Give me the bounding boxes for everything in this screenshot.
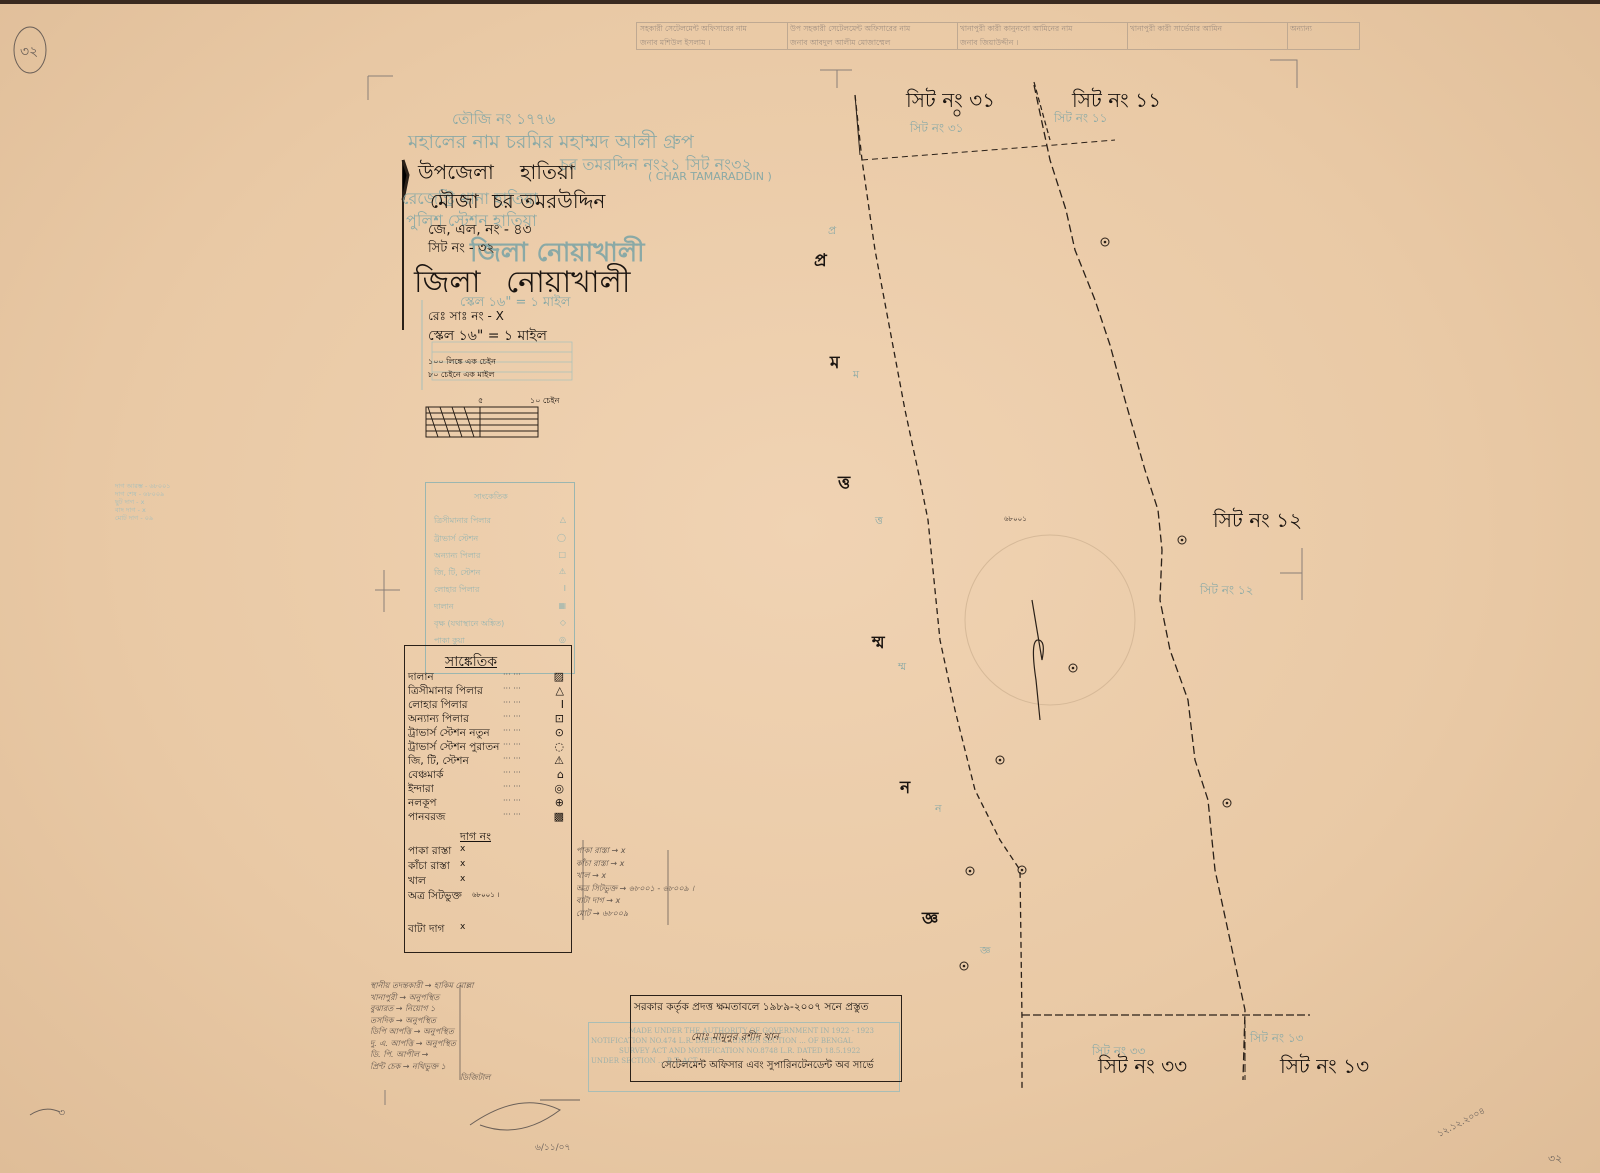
- traverse-station-old-icon: ◌: [554, 740, 564, 753]
- legend-row: ইন্দারা··· ···◎: [408, 782, 568, 796]
- building-icon: ▨: [554, 670, 564, 683]
- district-value: নোয়াখালী: [506, 258, 631, 309]
- header-col-2: উপ সহকারী সেটেলমেন্ট অফিসারের নামজনাব আব…: [787, 23, 958, 49]
- old-legend-row: জি, টি, স্টেশন⚠: [434, 567, 566, 580]
- legend-row: ট্রাভার্স স্টেশন নতুন··· ···⊙: [408, 726, 568, 740]
- scale-bar-end: ১০ চেইন: [530, 395, 559, 408]
- adjacent-sheet-12: সিট নং ১২: [1213, 506, 1302, 539]
- river-label-char: ম: [830, 350, 839, 378]
- dag-row: পাকা রাস্তাx: [408, 844, 568, 858]
- legend-row: দালান··· ···▨: [408, 670, 568, 684]
- legend-row: ত্রিসীমানার পিলার··· ···△: [408, 684, 568, 698]
- adjacent-sheet-11-old: সিট নং ১১: [1054, 110, 1107, 130]
- authority-signature-box: সরকার কর্তৃক প্রদত্ত ক্ষমতাবলে ১৯৮৯-২০০৭…: [630, 995, 902, 1082]
- scale-note-2: ৮০ চেইনে এক মাইল: [428, 369, 494, 382]
- river-label-char: ম্ম: [872, 630, 885, 658]
- dag-row: কাঁচা রাস্তাx: [408, 859, 568, 873]
- dag-row: বাটা দাগx: [408, 922, 568, 936]
- adjacent-sheet-31-old: সিট নং ৩১: [910, 120, 963, 140]
- corner-sheet-mark: ৩২: [20, 40, 38, 64]
- legend-row: অন্যান্য পিলার··· ···⊡: [408, 712, 568, 726]
- legend-row: ট্রাভার্স স্টেশন পুরাতন··· ···◌: [408, 740, 568, 754]
- gt-station-icon: ⚠: [554, 754, 564, 767]
- header-table: সহকারী সেটেলমেন্ট অফিসারের নামজনাব মশিউল…: [636, 22, 1360, 50]
- adjacent-sheet-33: সিট নং ৩৩: [1098, 1052, 1187, 1085]
- officer-signature: মোঃ মামুনুর রশীদ খান: [691, 1030, 779, 1047]
- handwritten-notes-left: স্থানীয় তদন্তকারী → হাকিম মোল্লা খানাপু…: [370, 980, 490, 1084]
- scale-note-1: ১০০ লিঙ্কে এক চেইন: [428, 356, 496, 369]
- legend-row: বেঞ্চমার্ক··· ···⌂: [408, 768, 568, 782]
- old-legend-row: লোহার পিলারI: [434, 584, 566, 597]
- old-legend-row: বৃক্ষ (যথাস্থানে অঙ্কিত)◇: [434, 618, 566, 631]
- betel-garden-icon: ▩: [554, 810, 564, 823]
- adjacent-sheet-12-old: সিট নং ১২: [1200, 582, 1253, 602]
- legend-row: জি, টি, স্টেশন··· ···⚠: [408, 754, 568, 768]
- old-legend-row: ত্রিসীমানার পিলার△: [434, 515, 566, 528]
- river-label-char-old: ন: [935, 800, 942, 819]
- river-label-char: জ্ঞ: [922, 906, 938, 934]
- old-english-name: ( CHAR TAMARADDIN ): [648, 170, 772, 183]
- header-col-1: সহকারী সেটেলমেন্ট অফিসারের নামজনাব মশিউল…: [637, 23, 788, 49]
- river-label-char: প্র: [814, 248, 827, 276]
- left-bottom-mark: ৩: [58, 1104, 65, 1123]
- traverse-station-new-icon: ⊙: [555, 726, 564, 739]
- trijunction-pillar-icon: △: [556, 684, 564, 697]
- adjacent-sheet-31: সিট নং ৩১: [906, 86, 995, 119]
- river-label-char-old: ম: [853, 366, 859, 385]
- handwritten-notes-right: পাকা রাস্তা → x কাঁচা রাস্তা → x খাল → x…: [576, 845, 694, 920]
- river-label-char-old: প্র: [828, 222, 836, 241]
- river-label-char-old: ত্ত: [875, 512, 883, 531]
- old-side-note: দাগ আরম্ভ - ৬৮০০১ দাগ শেষ - ৬৮০০৯ ছুট দা…: [115, 482, 171, 522]
- iron-pillar-icon: I: [561, 698, 564, 711]
- authority-text: সরকার কর্তৃক প্রদত্ত ক্ষমতাবলে ১৯৮৯-২০০৭…: [634, 1000, 869, 1017]
- dag-row: খালx: [408, 874, 568, 888]
- left-sign-date: ৬/১১/০৭: [535, 1140, 570, 1155]
- plot-number: ৬৮০০১: [1004, 513, 1027, 525]
- other-pillar-icon: ⊡: [555, 712, 564, 725]
- header-col-5: অন্যান্য: [1287, 23, 1358, 49]
- old-legend-row: অন্যান্য পিলার□: [434, 550, 566, 563]
- adjacent-sheet-13: সিট নং ১৩: [1280, 1052, 1369, 1085]
- header-col-3: খানাপুরী কারী কানুনগো আমিনের নামজনাব জিয…: [957, 23, 1128, 49]
- legend-row: লোহার পিলার··· ···I: [408, 698, 568, 712]
- river-label-char: ত্ত: [838, 470, 850, 498]
- sheet-number: সিট নং - ৩২: [428, 239, 495, 260]
- header-col-4: খানাপুরী কারী সার্ভেয়ার আমিন: [1127, 23, 1288, 49]
- page-number: ৩২: [1548, 1150, 1562, 1169]
- benchmark-icon: ⌂: [557, 768, 564, 781]
- district-label: জিলা: [414, 258, 480, 309]
- officer-title: সেটেলমেন্ট অফিসার এবং সুপারিনটেনডেন্ট অব…: [661, 1058, 874, 1075]
- mauza-label: মৌজা: [430, 187, 479, 220]
- old-legend-row: দালান▦: [434, 601, 566, 614]
- well-icon: ◎: [554, 782, 564, 795]
- river-label-char: ন: [900, 775, 910, 803]
- river-label-char-old: ম্ম: [898, 658, 906, 677]
- dag-row: অত্র সিটভুক্ত৬৮০০১ ।: [408, 889, 568, 903]
- legend-box: সাঙ্কেতিক দালান··· ···▨ ত্রিসীমানার পিলা…: [404, 645, 572, 953]
- legend-row: পানবরজ··· ···▩: [408, 810, 568, 824]
- old-legend-row: ট্রাভার্স স্টেশন◯: [434, 533, 566, 546]
- river-label-char-old: জ্ঞ: [980, 942, 991, 961]
- mauza-value: চর তমরউদ্দিন: [492, 187, 605, 220]
- scale-text: স্কেল ১৬" = ১ মাইল: [428, 324, 547, 348]
- scale-bar-mid: ৫: [478, 395, 483, 408]
- tubewell-icon: ⊕: [555, 796, 564, 809]
- legend-row: নলকূপ··· ···⊕: [408, 796, 568, 810]
- adjacent-sheet-13-old: সিট নং ১৩: [1250, 1030, 1303, 1050]
